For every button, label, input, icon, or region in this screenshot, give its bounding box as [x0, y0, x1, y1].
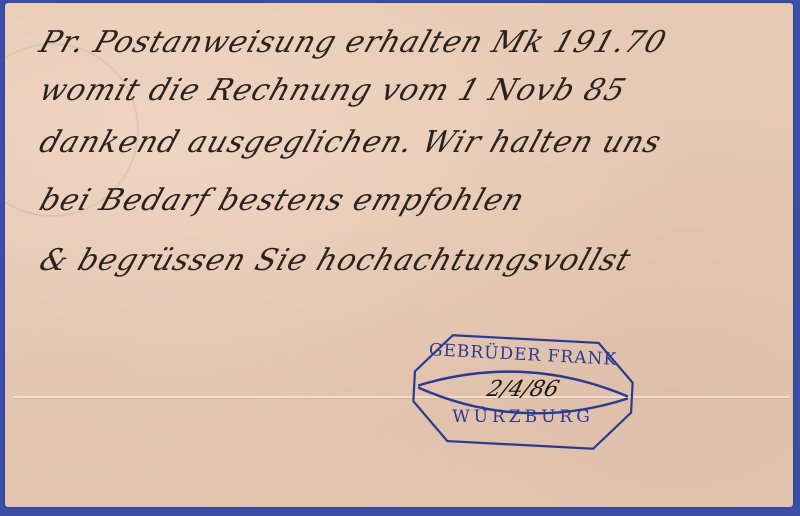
handwritten-line-4: bei Bedarf bestens empfohlen	[35, 183, 529, 218]
handwritten-line-3: dankend ausgeglichen. Wir halten uns	[35, 125, 666, 160]
handwritten-line-1: Pr. Postanweisung erhalten Mk 191.70	[35, 25, 671, 60]
fold-crease	[13, 396, 789, 398]
handwritten-line-5: & begrüssen Sie hochachtungsvollst	[35, 243, 636, 278]
stamp-city: WÜRZBURG	[410, 407, 636, 427]
company-stamp: GEBRÜDER FRANK 2/4/86 WÜRZBURG	[410, 333, 636, 451]
handwritten-line-2: womit die Rechnung vom 1 Novb 85	[35, 73, 631, 108]
stamp-date: 2/4/86	[407, 377, 640, 402]
postcard: Pr. Postanweisung erhalten Mk 191.70 wom…	[5, 3, 793, 507]
